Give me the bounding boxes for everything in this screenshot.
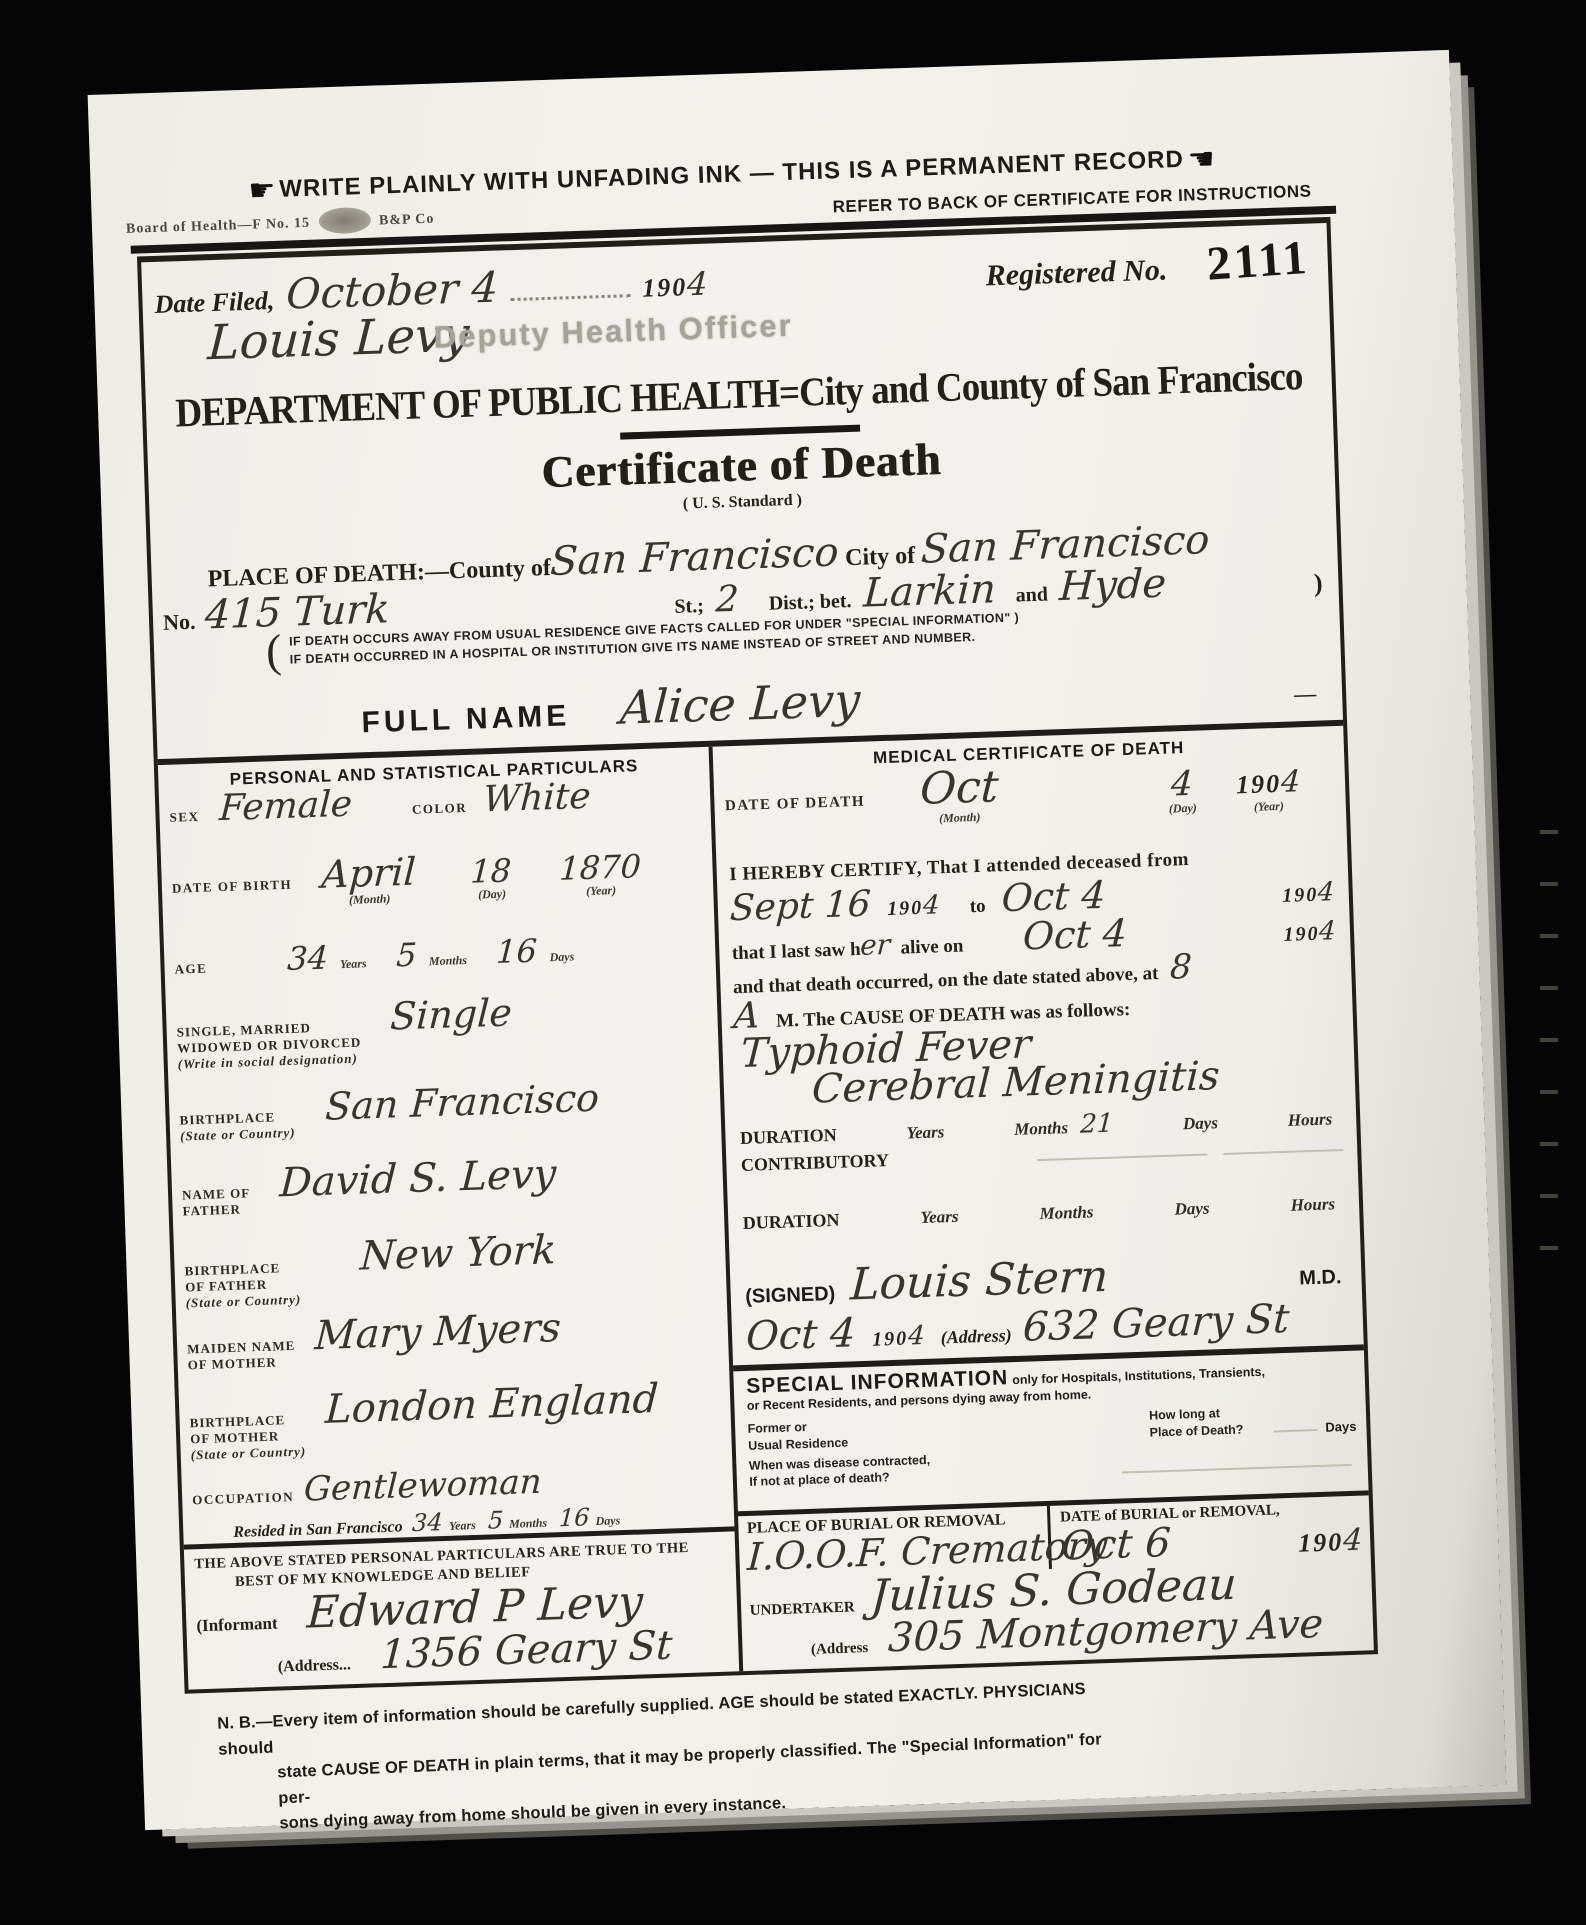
burial-box: PLACE OF BURIAL OR REMOVAL I.O.O.F. Crem… [738,1490,1373,1671]
dod-year-hand: 4 [1280,767,1301,798]
how-long-days-caption: Days [1325,1419,1357,1435]
st-label: St.; [674,595,704,619]
board-co-text: B&P Co [379,212,435,229]
signed-date-value: Oct 4 [746,1314,858,1358]
mother-label: MAIDEN NAME OF MOTHER [187,1338,296,1374]
certify-block: I HEREBY CERTIFY, That I attended deceas… [717,842,1353,1036]
street-no-label: No. [163,609,196,636]
last-saw-year-printed: 190 [1283,923,1320,947]
resided-days-caption: Days [595,1513,620,1529]
resided-years-value: 34 [412,1510,444,1535]
physician-signature: Louis Stern [850,1255,1110,1308]
dob-year-value: 1870 [559,850,642,885]
resided-days-value: 16 [558,1505,590,1530]
dist-label: Dist.; bet. [768,590,851,616]
dob-label: DATE OF BIRTH [172,877,293,897]
page-edge-marks [1540,830,1558,1270]
physician-address-label: (Address) [940,1325,1012,1348]
blank-line [1223,1147,1343,1155]
duration-months-caption: Months [1014,1119,1069,1141]
occupation-value: Gentlewoman [303,1465,543,1507]
occupation-label: OCCUPATION [192,1489,294,1508]
duration2-days-caption: Days [1174,1199,1210,1220]
registered-no-value: 2111 [1206,236,1311,286]
board-text: Board of Health—F No. 15 [126,216,310,237]
blank-line [1273,1427,1317,1432]
former-label-2: Usual Residence [748,1434,849,1454]
resided-years-caption: Years [449,1518,476,1534]
birthplace-label: BIRTHPLACE (State or Country) [179,1109,296,1145]
certificate-form: Date Filed, October 4 1904 Registered No… [137,217,1378,1694]
last-saw-her-hand: er [860,931,891,960]
resided-months-value: 5 [487,1508,504,1533]
death-hour-value: 8 [1169,950,1192,985]
birthplace-value: San Francisco [324,1078,600,1125]
form-columns: PERSONAL AND STATISTICAL PARTICULARS SEX… [158,720,1374,1690]
and-label: and [1015,583,1048,607]
age-years-value: 34 [286,941,328,974]
last-saw-year-hand: 4 [1319,918,1337,945]
dob-day-value: 18 [470,854,512,887]
how-long-label: How long at Place of Death? [1149,1405,1244,1441]
physician-address-value: 632 Geary St [1022,1299,1290,1348]
city-label: City of [845,543,916,572]
dod-year-caption: (Year) [1254,799,1284,815]
duration2-hours-caption: Hours [1290,1195,1335,1216]
duration-row-2: DURATION Years Months Days Hours [729,1193,1360,1246]
burial-date-cell: DATE of BURIAL or REMOVAL, Oct 6 1904 [1050,1495,1371,1569]
marital-value: Single [389,993,513,1035]
board-stamp-icon [318,207,371,235]
attended-to-year-printed: 190 [1282,884,1319,908]
duration-years-caption: Years [906,1123,944,1144]
dob-month-value: April [321,852,417,893]
contributory-label: CONTRIBUTORY [741,1150,890,1176]
mother-birthplace-value: London England [324,1379,659,1430]
signed-year-printed: 190 [872,1328,909,1352]
father-birthplace-label: BIRTHPLACE OF FATHER (State or Country) [184,1259,301,1312]
last-saw-date: Oct 4 [1022,914,1128,956]
mother-value: Mary Myers [314,1308,562,1356]
attended-from-date: Sept 16 [729,887,872,928]
color-value: White [482,779,591,819]
health-officer-signature: Louis Levy [207,310,471,367]
burial-date-value: Oct 6 [1060,1523,1172,1567]
footnote: N. B.—Every item of information should b… [217,1675,1126,1839]
brace-glyph: ( [266,633,283,670]
burial-year-printed: 190 [1298,1527,1344,1558]
full-name-label: FULL NAME [361,699,571,740]
deputy-health-officer-stamp: Deputy Health Officer [433,308,793,356]
contracted-label: When was disease contracted, If not at p… [749,1452,931,1490]
dod-month-value: Oct [918,765,999,812]
color-label: COLOR [412,800,468,818]
date-filed-year-hand: 4 [686,268,708,301]
mother-birthplace-label: BIRTHPLACE OF MOTHER (State or Country) [189,1411,306,1464]
duration2-years-caption: Years [920,1207,958,1228]
sex-label: SEX [169,809,199,826]
manicule-right-icon: ☛ [248,173,276,209]
medical-column: MEDICAL CERTIFICATE OF DEATH DATE OF DEA… [713,726,1374,1671]
duration-days-value: 21 [1079,1111,1113,1138]
informant-address-label: (Address... [278,1656,352,1676]
undertaker-address-label: (Address [811,1640,869,1659]
to-label: to [969,896,986,919]
undertaker-label: UNDERTAKER [749,1599,855,1619]
blank-line [1037,1152,1207,1162]
attended-from-year-printed: 190 [887,897,924,921]
duration2-label: DURATION [743,1210,840,1234]
street-name-value: Turk [293,589,391,632]
days-caption: Days [549,949,574,965]
age-months-value: 5 [395,938,417,971]
st-value: 2 [715,582,740,619]
burial-year-hand: 4 [1342,1525,1363,1556]
photo-background: ☛ WRITE PLAINLY WITH UNFADING INK — THIS… [0,0,1586,1925]
years-caption: Years [340,956,367,972]
alive-on-label: alive on [900,936,964,960]
duration-hours-caption: Hours [1287,1110,1332,1131]
father-label-2: FATHER [182,1201,251,1219]
age-label: AGE [174,960,207,977]
certificate-page: ☛ WRITE PLAINLY WITH UNFADING INK — THIS… [88,50,1507,1830]
former-residence-label: Former or Usual Residence [747,1418,848,1454]
dod-label: DATE OF DEATH [725,793,866,815]
sex-value: Female [218,786,353,826]
dist-to-value: Hyde [1059,564,1168,608]
dist-from-value: Larkin [862,569,996,613]
county-value: San Francisco [550,532,840,582]
birthplace-label-2: (State or Country) [180,1125,296,1145]
duration2-months-caption: Months [1039,1203,1094,1225]
age-days-value: 16 [496,934,538,967]
how-long-label-2: Place of Death? [1149,1421,1243,1440]
resided-months-caption: Months [509,1515,548,1531]
last-saw-pre: that I last saw h [732,939,861,965]
informant-box: THE ABOVE STATED PERSONAL PARTICULARS AR… [184,1526,740,1689]
father-bp-label-3: (State or Country) [185,1292,301,1312]
full-name-value: Alice Levy [619,677,861,731]
fill-dashes [510,292,630,301]
signed-year-hand: 4 [907,1323,925,1350]
special-information-box: SPECIAL INFORMATION only for Hospitals, … [734,1345,1369,1497]
attended-from-year-hand: 4 [922,893,940,920]
dod-day-value: 4 [1170,767,1193,802]
attended-to-year-hand: 4 [1317,880,1335,907]
trailing-dash: — [1294,680,1317,707]
personal-column: PERSONAL AND STATISTICAL PARTICULARS SEX… [158,746,744,1689]
signed-label: (SIGNED) [745,1283,836,1309]
dod-year-printed: 190 [1236,769,1282,799]
closing-paren: ) [1313,568,1323,598]
md-label: M.D. [1299,1267,1342,1291]
cause-value-2: Cerebral Meningitis [811,1057,1221,1109]
marital-label: SINGLE, MARRIED WIDOWED OR DIVORCED (Wri… [176,1018,362,1073]
street-no-value: 415 [204,593,282,636]
manicule-left-icon: ☚ [1187,142,1215,178]
father-label: NAME OF FATHER [182,1185,251,1220]
date-filed-year-printed: 190 [642,272,688,303]
months-caption: Months [429,953,468,969]
duration-label: DURATION [740,1125,837,1149]
duration-days-caption: Days [1183,1114,1219,1135]
father-birthplace-value: New York [359,1230,557,1277]
informant-address-value: 1356 Geary St [379,1625,673,1675]
informant-label: (Informant [196,1613,278,1636]
mother-bp-label-3: (State or Country) [190,1444,306,1464]
mother-label-2: OF MOTHER [188,1354,297,1374]
blank-line [1122,1462,1352,1474]
father-value: David S. Levy [279,1154,557,1203]
